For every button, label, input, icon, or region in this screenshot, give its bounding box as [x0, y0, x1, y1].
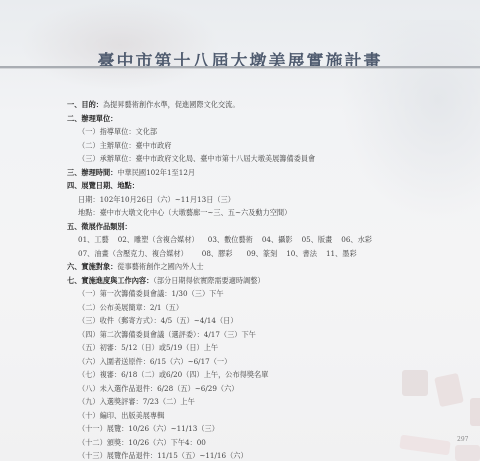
decorative-block [470, 398, 480, 426]
category: 02、雕塑（含複合媒材） [118, 233, 199, 247]
category: 10、書法 [286, 247, 317, 261]
document-body: 一、目的：為提昇藝術創作水準，促進國際文化交流。 二、辦理單位： （一）指導單位… [67, 98, 447, 461]
categories-row-1: 01、工藝 02、雕塑（含複合媒材） 03、數位藝術 04、攝影 05、版畫 0… [67, 233, 447, 247]
category: 06、水彩 [341, 233, 372, 247]
schedule-item: （十三）展覽作品退件：11/15（五）~11/16（六） [67, 449, 447, 461]
schedule-item: （三）收件（郵寄方式）：4/5（五）~4/14（日） [67, 314, 447, 328]
section-organizers: 二、辦理單位： [67, 112, 447, 126]
section-exhibition: 四、展覽日期、地點： [67, 179, 447, 193]
schedule-item: （十一）展覽：10/26（六）~11/13（三） [67, 422, 447, 436]
exhibition-venue: 地點：臺中市大墩文化中心（大墩藝廊一~三、五~六及動力空間） [67, 206, 447, 220]
schedule-item: （十）編印、出版美展專輯 [67, 409, 447, 423]
schedule-item: （一）第一次籌備委員會議：1/30（三）下午 [67, 287, 447, 301]
unit-host: （二）主辦單位：臺中市政府 [67, 139, 447, 153]
category: 05、版畫 [302, 233, 333, 247]
unit-organizer: （三）承辦單位：臺中市政府文化局、臺中市第十八屆大墩美展籌備委員會 [67, 152, 447, 166]
category: 01、工藝 [78, 233, 109, 247]
section-schedule: 七、實施進度與工作內容：（部分日期得依實際需要適時調整） [67, 274, 447, 288]
background-decoration [20, 0, 220, 90]
category: 11、墨彩 [326, 247, 357, 261]
schedule-item: （九）入選獎評審：7/23（二）上午 [67, 395, 447, 409]
category: 03、數位藝術 [208, 233, 253, 247]
category: 04、攝影 [262, 233, 293, 247]
schedule-item: （六）入圍者送原件：6/15（六）~6/17（一） [67, 355, 447, 369]
schedule-item: （八）未入選作品退件：6/28（五）~6/29（六） [67, 382, 447, 396]
category: 07、油畫（含壓克力、複合媒材） [78, 247, 188, 261]
category: 09、篆刻 [247, 247, 278, 261]
unit-supervisor: （一）指導單位：文化部 [67, 125, 447, 139]
decorative-block [455, 445, 480, 461]
schedule-item: （四）第二次籌備委員會議（選評委）：4/17（三）下午 [67, 328, 447, 342]
section-period: 三、辦理時間：中華民國102年1至12月 [67, 166, 447, 180]
section-categories: 五、徵展作品類別： [67, 220, 447, 234]
section-purpose: 一、目的：為提昇藝術創作水準，促進國際文化交流。 [67, 98, 447, 112]
exhibition-date: 日期：102年10月26日（六）~11月13日（三） [67, 193, 447, 207]
schedule-item: （二）公布美展簡章：2/1（五） [67, 301, 447, 315]
schedule-item: （七）複審：6/18（二）或6/20（四）上午，公布得獎名單 [67, 368, 447, 382]
section-eligibility: 六、實施對象：從事藝術創作之國內外人士 [67, 260, 447, 274]
page-number: 297 [457, 436, 468, 443]
title-divider-shadow [0, 68, 480, 69]
category: 08、膠彩 [202, 247, 233, 261]
schedule-item: （五）初審：5/12（日）或5/19（日）上午 [67, 341, 447, 355]
schedule-item: （十二）頒獎：10/26（六）下午4：00 [67, 436, 447, 450]
categories-row-2: 07、油畫（含壓克力、複合媒材） 08、膠彩 09、篆刻 10、書法 11、墨彩 [67, 247, 447, 261]
